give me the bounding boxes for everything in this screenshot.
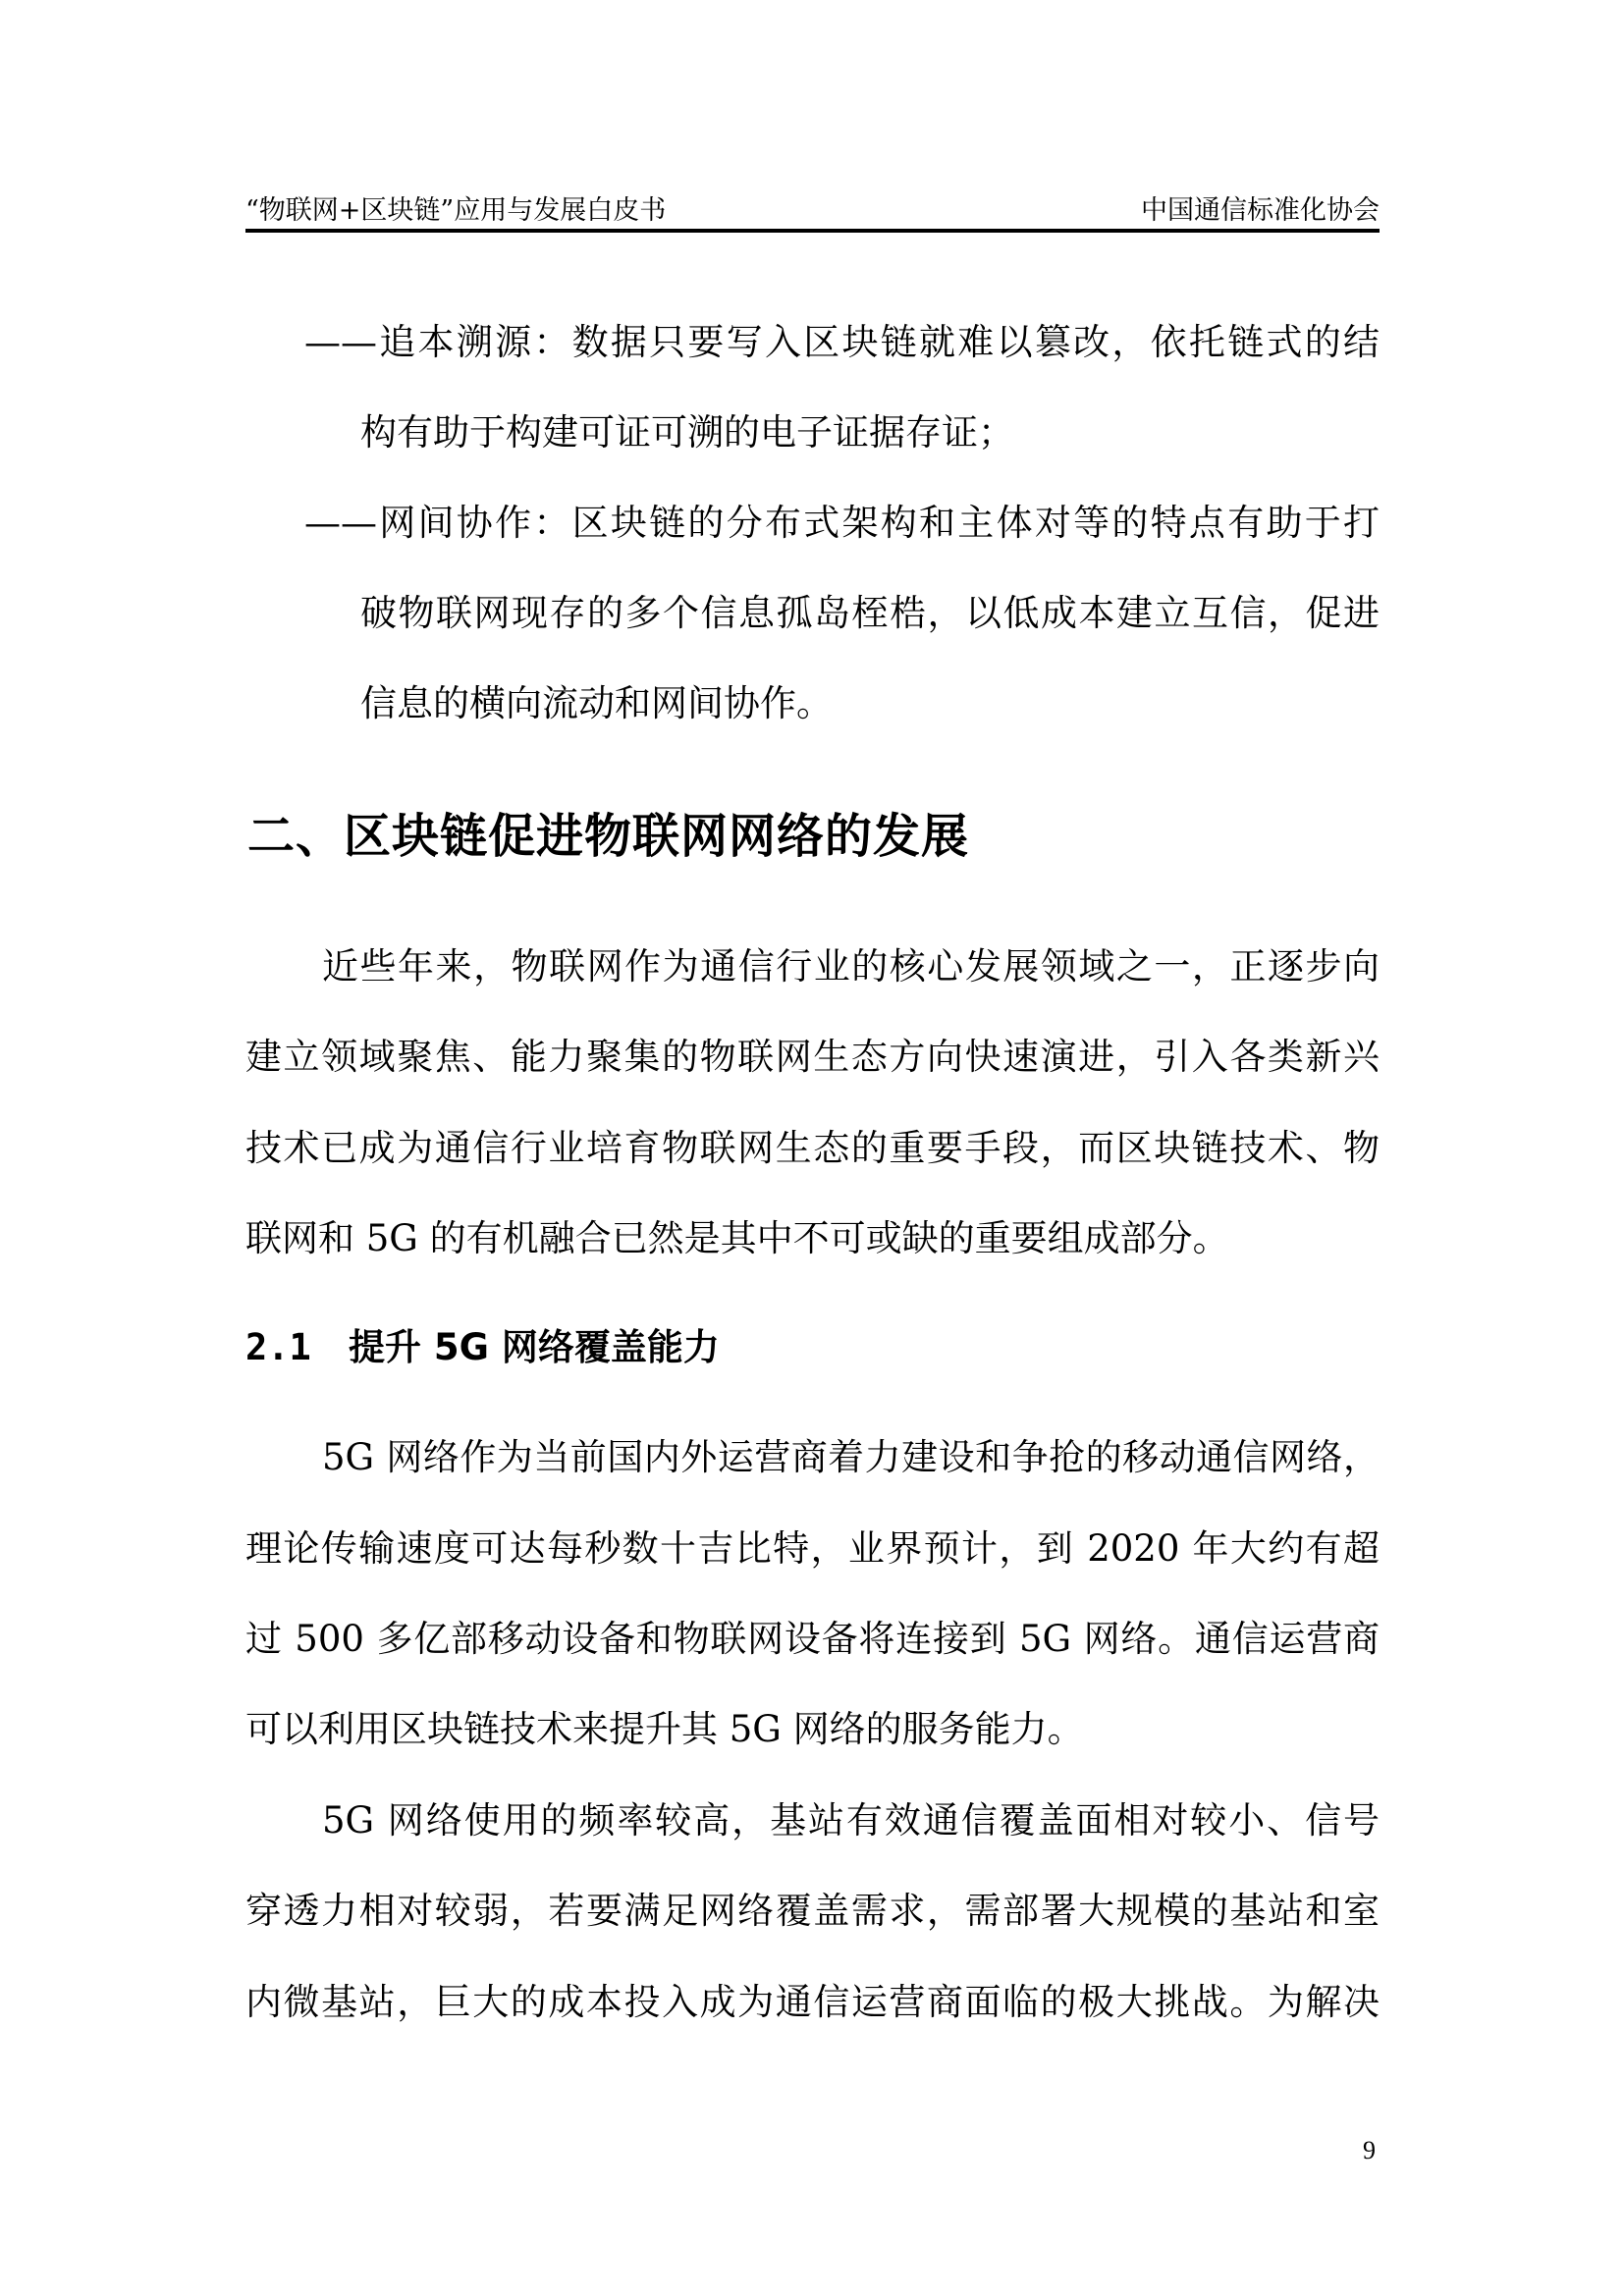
- bullet-collaboration-line-2: 破物联网现存的多个信息孤岛桎梏，以低成本建立互信，促进: [360, 591, 1380, 636]
- bullet-collaboration-line-3: 信息的横向流动和网间协作。: [360, 681, 1380, 726]
- paragraph-5g-line-2: 理论传输速度可达每秒数十吉比特，业界预计，到 2020 年大约有超: [245, 1526, 1380, 1572]
- paragraph-5g-line-1: 5G 网络作为当前国内外运营商着力建设和争抢的移动通信网络，: [322, 1435, 1380, 1480]
- subsection-number: 2.1: [245, 1325, 349, 1370]
- subsection-heading: 2.1提升 5G 网络覆盖能力: [245, 1325, 720, 1370]
- page-header: “物联网+区块链”应用与发展白皮书 中国通信标准化协会: [245, 192, 1380, 228]
- header-divider: [245, 229, 1380, 233]
- intro-paragraph-line-2: 建立领域聚焦、能力聚集的物联网生态方向快速演进，引入各类新兴: [245, 1035, 1380, 1080]
- subsection-title: 提升 5G 网络覆盖能力: [349, 1326, 720, 1368]
- intro-paragraph-line-1: 近些年来，物联网作为通信行业的核心发展领域之一，正逐步向: [322, 944, 1380, 989]
- page-number: 9: [1363, 2136, 1376, 2165]
- bullet-traceability-line-2: 构有助于构建可证可溯的电子证据存证；: [360, 410, 1380, 455]
- header-organization: 中国通信标准化协会: [1141, 194, 1380, 228]
- paragraph-5g-line-3: 过 500 多亿部移动设备和物联网设备将连接到 5G 网络。通信运营商: [245, 1617, 1380, 1662]
- paragraph-coverage-line-2: 穿透力相对较弱，若要满足网络覆盖需求，需部署大规模的基站和室: [245, 1889, 1380, 1934]
- bullet-collaboration-line-1: ——网间协作：区块链的分布式架构和主体对等的特点有助于打: [304, 501, 1380, 546]
- section-heading: 二、区块链促进物联网网络的发展: [247, 809, 969, 864]
- paragraph-coverage-line-1: 5G 网络使用的频率较高，基站有效通信覆盖面相对较小、信号: [322, 1798, 1380, 1843]
- paragraph-coverage-line-3: 内微基站，巨大的成本投入成为通信运营商面临的极大挑战。为解决: [245, 1980, 1380, 2025]
- bullet-traceability-line-1: ——追本溯源：数据只要写入区块链就难以篡改，依托链式的结: [304, 320, 1380, 365]
- intro-paragraph-line-3: 技术已成为通信行业培育物联网生态的重要手段，而区块链技术、物: [245, 1126, 1380, 1171]
- intro-paragraph-line-4: 联网和 5G 的有机融合已然是其中不可或缺的重要组成部分。: [245, 1216, 1380, 1261]
- paragraph-5g-line-4: 可以利用区块链技术来提升其 5G 网络的服务能力。: [245, 1707, 1380, 1752]
- header-document-title: “物联网+区块链”应用与发展白皮书: [245, 194, 666, 228]
